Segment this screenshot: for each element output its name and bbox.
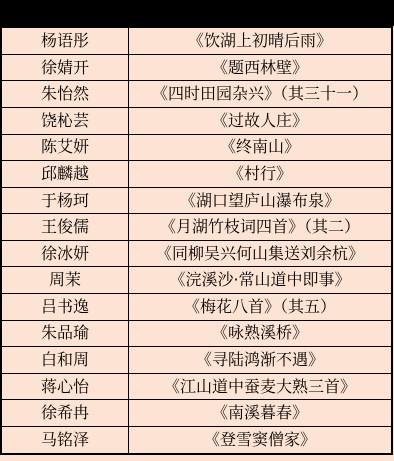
student-name-cell: 蒋心怡 [1, 373, 129, 400]
student-name-cell: 徐婧开 [1, 54, 129, 81]
poem-title-cell: 《四时田园杂兴》（其三十一） [129, 81, 393, 108]
table-row: 朱品瑜《咏熟溪桥》 [1, 320, 392, 347]
student-name-cell: 陈艾妍 [1, 134, 129, 161]
student-name-cell: 王俊儒 [1, 214, 129, 241]
table-row: 陈艾妍《终南山》 [1, 134, 392, 161]
student-name-cell: 饶杺芸 [1, 108, 129, 135]
poem-table-body: 杨语彤《饮湖上初晴后雨》徐婧开《题西林壁》朱怡然《四时田园杂兴》（其三十一）饶杺… [1, 27, 392, 454]
poem-title-cell: 《湖口望庐山瀑布泉》 [129, 187, 393, 214]
poem-title-cell: 《月湖竹枝词四首》（其二） [129, 214, 393, 241]
poem-title-cell: 《同柳吴兴何山集送刘余杭》 [129, 240, 393, 267]
student-name-cell: 于杨珂 [1, 187, 129, 214]
table-row: 吕书逸《梅花八首》（其五） [1, 294, 392, 321]
table-row: 蒋心怡《江山道中蚕麦大熟三首》 [1, 373, 392, 400]
poem-title-cell: 《江山道中蚕麦大熟三首》 [129, 373, 393, 400]
table-row: 于杨珂《湖口望庐山瀑布泉》 [1, 187, 392, 214]
table-row: 白和周《寻陆鸿渐不遇》 [1, 347, 392, 374]
table-row: 马铭泽《登雪窦僧家》 [1, 426, 392, 454]
poem-title-cell: 《饮湖上初晴后雨》 [129, 27, 393, 54]
student-name-cell: 马铭泽 [1, 426, 129, 454]
table-row: 杨语彤《饮湖上初晴后雨》 [1, 27, 392, 54]
poem-title-cell: 《过故人庄》 [129, 108, 393, 135]
poem-title-cell: 《登雪窦僧家》 [129, 426, 393, 454]
poem-title-cell: 《村行》 [129, 161, 393, 188]
poem-title-cell: 《终南山》 [129, 134, 393, 161]
student-name-cell: 徐希冉 [1, 400, 129, 427]
student-name-cell: 吕书逸 [1, 294, 129, 321]
table-row: 邱麟越《村行》 [1, 161, 392, 188]
table-row: 周茉《浣溪沙·常山道中即事》 [1, 267, 392, 294]
poem-title-cell: 《题西林壁》 [129, 54, 393, 81]
poem-title-cell: 《咏熟溪桥》 [129, 320, 393, 347]
table-row: 徐希冉《南溪暮春》 [1, 400, 392, 427]
student-name-cell: 朱怡然 [1, 81, 129, 108]
table-row: 王俊儒《月湖竹枝词四首》（其二） [1, 214, 392, 241]
student-name-cell: 徐冰妍 [1, 240, 129, 267]
student-name-cell: 邱麟越 [1, 161, 129, 188]
table-row: 徐冰妍《同柳吴兴何山集送刘余杭》 [1, 240, 392, 267]
student-name-cell: 白和周 [1, 347, 129, 374]
student-name-cell: 周茉 [1, 267, 129, 294]
table-row: 朱怡然《四时田园杂兴》（其三十一） [1, 81, 392, 108]
table-row: 饶杺芸《过故人庄》 [1, 108, 392, 135]
student-name-cell: 杨语彤 [1, 27, 129, 54]
table-row: 徐婧开《题西林壁》 [1, 54, 392, 81]
poem-title-cell: 《寻陆鸿渐不遇》 [129, 347, 393, 374]
poem-table: 杨语彤《饮湖上初晴后雨》徐婧开《题西林壁》朱怡然《四时田园杂兴》（其三十一）饶杺… [0, 26, 393, 455]
poem-title-cell: 《浣溪沙·常山道中即事》 [129, 267, 393, 294]
student-name-cell: 朱品瑜 [1, 320, 129, 347]
poem-title-cell: 《梅花八首》（其五） [129, 294, 393, 321]
poem-title-cell: 《南溪暮春》 [129, 400, 393, 427]
top-black-band [0, 0, 394, 26]
